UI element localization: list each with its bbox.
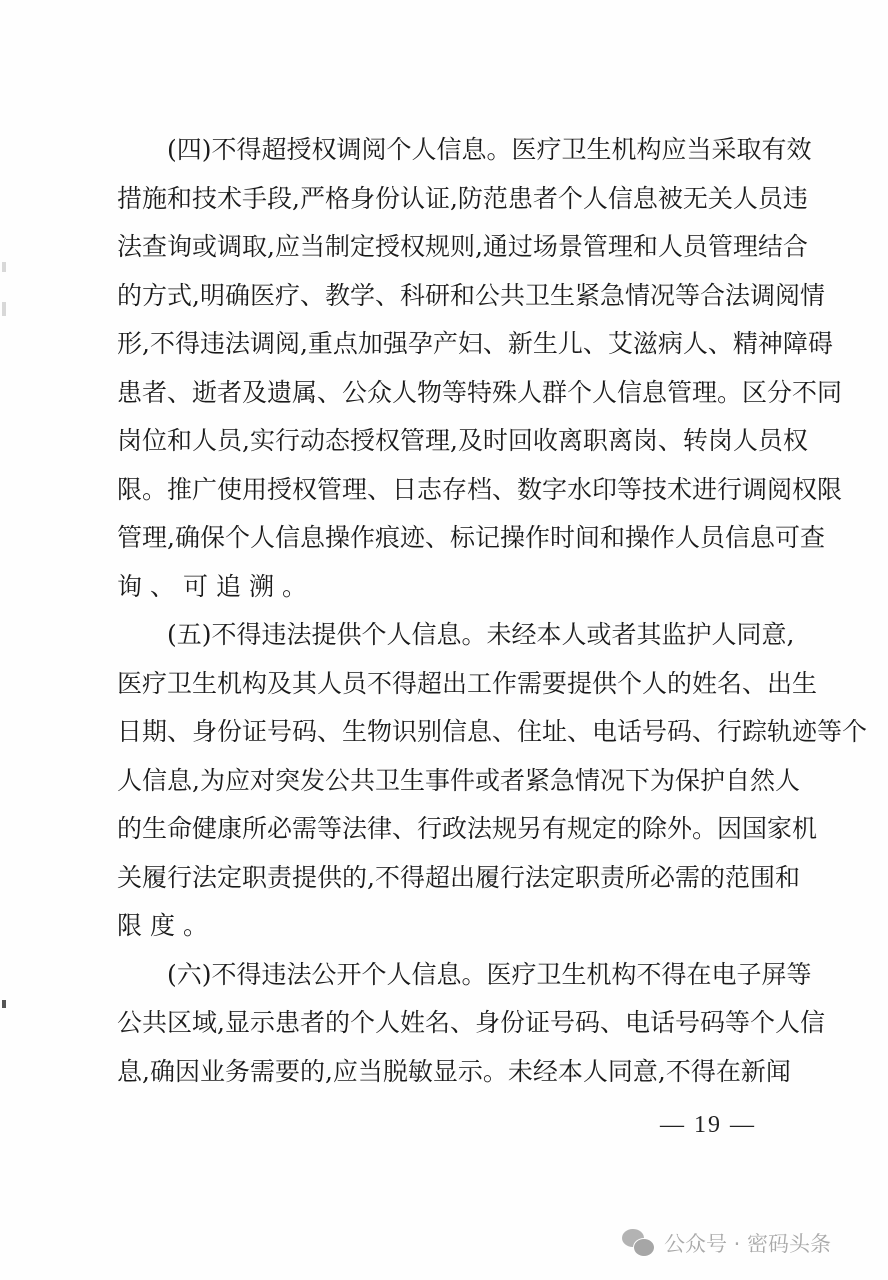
document-page: (四)不得超授权调阅个人信息。医疗卫生机构应当采取有效 措施和技术手段,严格身份… — [0, 0, 888, 1280]
paragraph-line: 息,确因业务需要的,应当脱敏显示。未经本人同意,不得在新闻 — [117, 1048, 781, 1097]
paragraph-line: 管理,确保个人信息操作痕迹、标记操作时间和操作人员信息可查 — [117, 514, 781, 563]
paragraph-line: 公共区域,显示患者的个人姓名、身份证号码、电话号码等个人信 — [117, 999, 781, 1048]
paragraph-line: 的生命健康所必需等法律、行政法规另有规定的除外。因国家机 — [117, 805, 781, 854]
scan-edge-mark — [2, 262, 6, 272]
paragraph-line: (五)不得违法提供个人信息。未经本人或者其监护人同意, — [117, 611, 781, 660]
paragraph-line: 日期、身份证号码、生物识别信息、住址、电话号码、行踪轨迹等个 — [117, 708, 781, 757]
paragraph-line: 医疗卫生机构及其人员不得超出工作需要提供个人的姓名、出生 — [117, 660, 781, 709]
paragraph-line: 法查询或调取,应当制定授权规则,通过场景管理和人员管理结合 — [117, 223, 781, 272]
paragraph-line: 岗位和人员,实行动态授权管理,及时回收离职离岗、转岗人员权 — [117, 417, 781, 466]
watermark-text: 公众号 · 密码头条 — [664, 1228, 831, 1258]
paragraph-line: (四)不得超授权调阅个人信息。医疗卫生机构应当采取有效 — [117, 126, 781, 175]
paragraph-line: (六)不得违法公开个人信息。医疗卫生机构不得在电子屏等 — [117, 951, 781, 1000]
wechat-icon — [622, 1229, 656, 1257]
page-number: — 19 — — [660, 1112, 756, 1139]
watermark: 公众号 · 密码头条 — [622, 1228, 831, 1258]
paragraph-line: 询、可追溯。 — [117, 563, 781, 612]
document-body: (四)不得超授权调阅个人信息。医疗卫生机构应当采取有效 措施和技术手段,严格身份… — [117, 126, 781, 1096]
paragraph-line: 限度。 — [117, 902, 781, 951]
paragraph-line: 措施和技术手段,严格身份认证,防范患者个人信息被无关人员违 — [117, 175, 781, 224]
scan-edge-mark — [2, 302, 6, 316]
paragraph-line: 限。推广使用授权管理、日志存档、数字水印等技术进行调阅权限 — [117, 466, 781, 515]
paragraph-line: 关履行法定职责提供的,不得超出履行法定职责所必需的范围和 — [117, 854, 781, 903]
paragraph-line: 患者、逝者及遗属、公众人物等特殊人群个人信息管理。区分不同 — [117, 369, 781, 418]
paragraph-line: 形,不得违法调阅,重点加强孕产妇、新生儿、艾滋病人、精神障碍 — [117, 320, 781, 369]
paragraph-line: 人信息,为应对突发公共卫生事件或者紧急情况下为保护自然人 — [117, 757, 781, 806]
paragraph-line: 的方式,明确医疗、教学、科研和公共卫生紧急情况等合法调阅情 — [117, 272, 781, 321]
scan-edge-mark — [2, 1000, 6, 1008]
